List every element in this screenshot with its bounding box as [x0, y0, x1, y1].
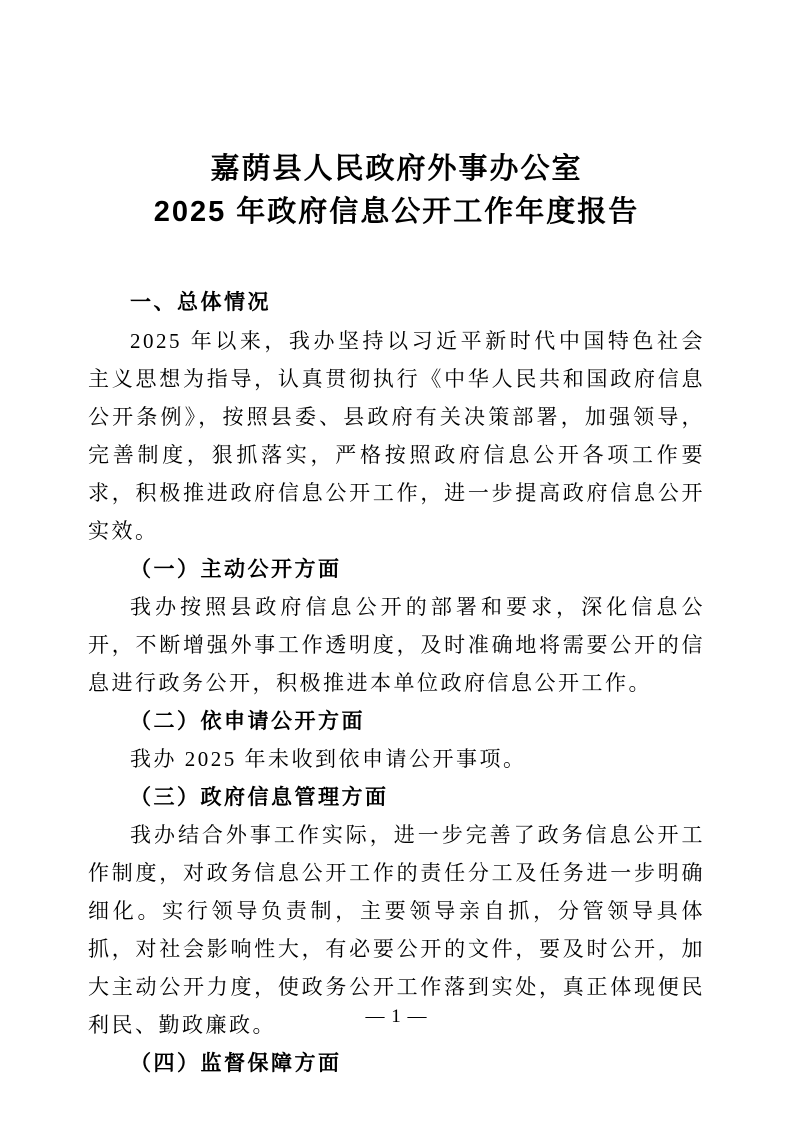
doc-title-line2: 2025 年政府信息公开工作年度报告	[88, 191, 705, 234]
section-heading-overall-situation: 一、总体情况	[88, 284, 705, 322]
subsection-heading-proactive-disclosure: （一）主动公开方面	[88, 550, 705, 588]
subsection-heading-supervision-guarantee: （四）监督保障方面	[88, 1044, 705, 1082]
doc-title-line1: 嘉荫县人民政府外事办公室	[88, 148, 705, 191]
paragraph-overall-situation: 2025 年以来，我办坚持以习近平新时代中国特色社会主义思想为指导，认真贯彻执行…	[88, 322, 705, 550]
page-number: — 1 —	[0, 1006, 793, 1028]
subsection-heading-disclosure-upon-request: （二）依申请公开方面	[88, 702, 705, 740]
document-page: 嘉荫县人民政府外事办公室 2025 年政府信息公开工作年度报告 一、总体情况 2…	[0, 0, 793, 1122]
paragraph-disclosure-upon-request: 我办 2025 年未收到依申请公开事项。	[88, 740, 705, 778]
document-body: 一、总体情况 2025 年以来，我办坚持以习近平新时代中国特色社会主义思想为指导…	[88, 284, 705, 1082]
paragraph-proactive-disclosure: 我办按照县政府信息公开的部署和要求，深化信息公开，不断增强外事工作透明度，及时准…	[88, 588, 705, 702]
subsection-heading-information-management: （三）政府信息管理方面	[88, 778, 705, 816]
